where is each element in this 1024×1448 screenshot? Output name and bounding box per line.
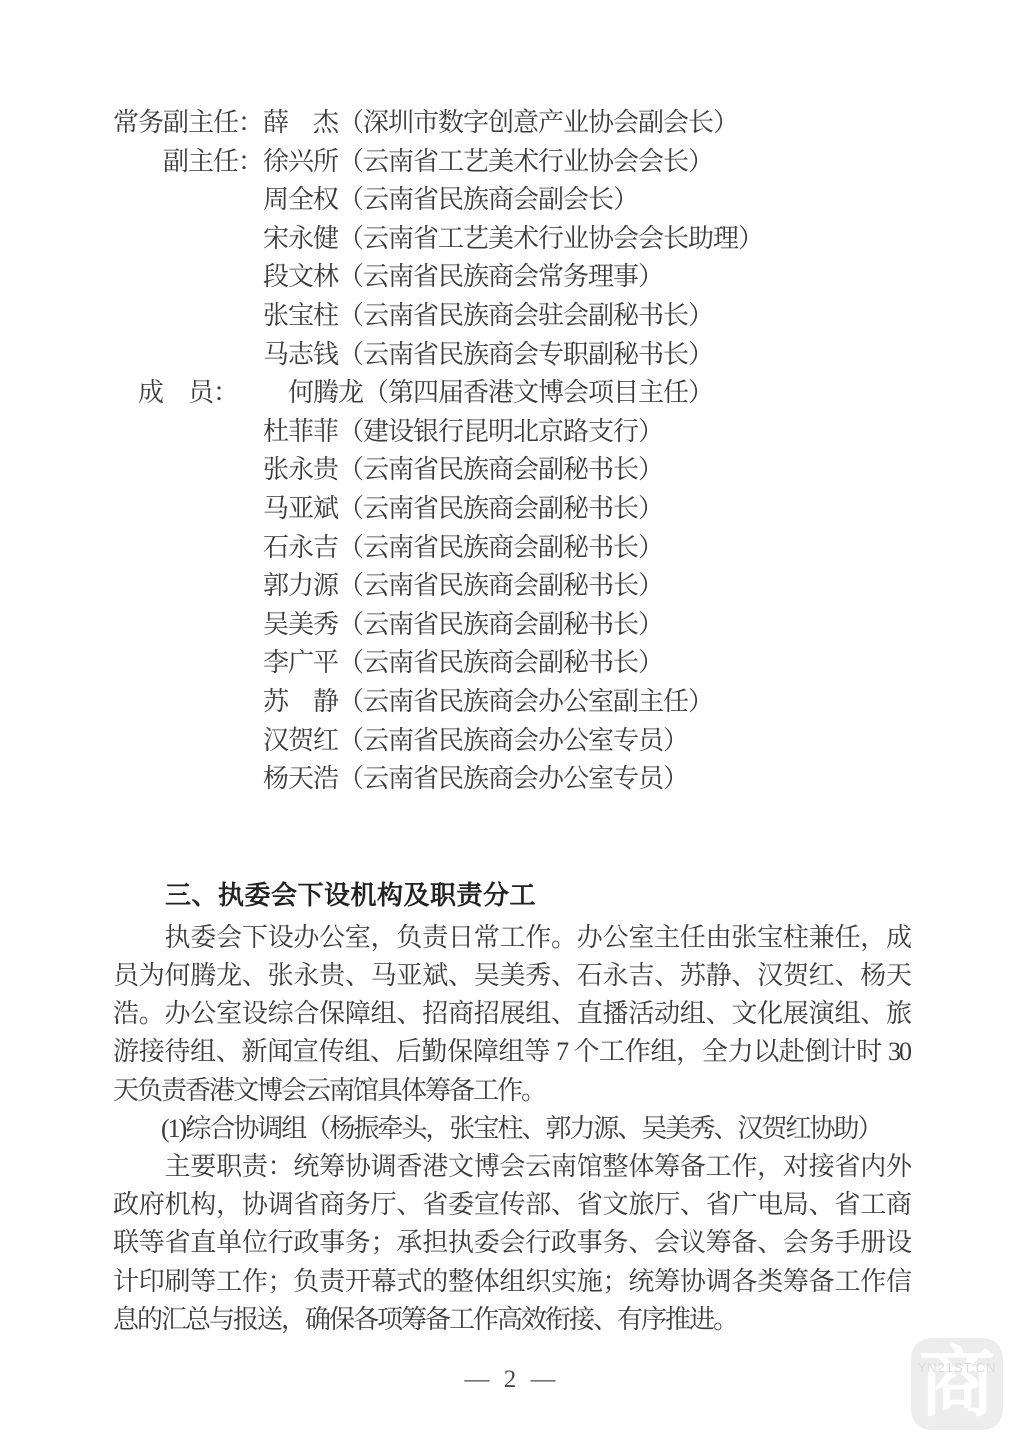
roster-line: 周全权（云南省民族商会副会长）: [113, 181, 910, 220]
roster-person-org: （云南省民族商会副秘书长）: [338, 571, 663, 600]
roster-person-name: 马志钱: [263, 340, 338, 369]
roster-person-org: （云南省民族商会副秘书长）: [338, 455, 663, 484]
roster-line: 常务副主任：薛 杰（深圳市数字创意产业协会副会长）: [113, 104, 910, 143]
roster-person-name: 石永吉: [263, 533, 338, 562]
roster-person-name: 何腾龙: [263, 378, 363, 407]
roster-person-name: 张宝柱: [263, 301, 338, 330]
section-body: 执委会下设办公室，负责日常工作。办公室主任由张宝柱兼任，成 员为何腾龙、张永贵、…: [113, 919, 910, 1339]
roster-line: 张宝柱（云南省民族商会驻会副秘书长）: [113, 297, 910, 336]
body-text-line: 计印刷等工作；负责开幕式的整体组织实施；统筹协调各类筹备工作信: [113, 1263, 910, 1301]
roster-person-name: 周全权: [263, 185, 338, 214]
roster-line: 张永贵（云南省民族商会副秘书长）: [113, 451, 910, 490]
roster-person-name: 宋永健: [263, 224, 338, 253]
body-text-line: 游接待组、新闻宣传组、后勤保障组等 7 个工作组，全力以赴倒计时 30: [113, 1033, 910, 1071]
watermark-overlay-text: YN21ST.CN: [911, 1360, 1003, 1375]
roster-role-label: 成 员：: [113, 374, 263, 413]
committee-roster: 常务副主任：薛 杰（深圳市数字创意产业协会副会长） 副主任：徐兴所（云南省工艺美…: [113, 104, 910, 799]
roster-person-org: （云南省民族商会专职副秘书长）: [338, 340, 713, 369]
body-text-line: 政府机构，协调省商务厅、省委宣传部、省文旅厅、省广电局、省工商: [113, 1186, 910, 1224]
roster-person-name: 张永贵: [263, 455, 338, 484]
roster-person-name: 吴美秀: [263, 610, 338, 639]
watermark-shang-glyph: 商: [919, 1338, 995, 1430]
roster-person-org: （云南省民族商会副秘书长）: [338, 494, 663, 523]
roster-person-org: （云南省工艺美术行业协会会长）: [338, 147, 713, 176]
body-text-line: 天负责香港文博会云南馆具体筹备工作。: [113, 1072, 910, 1110]
document-page: 常务副主任：薛 杰（深圳市数字创意产业协会副会长） 副主任：徐兴所（云南省工艺美…: [0, 0, 1024, 1448]
roster-person-org: （云南省工艺美术行业协会会长助理）: [338, 224, 763, 253]
roster-person-name: 马亚斌: [263, 494, 338, 523]
roster-person-name: 杨天浩: [263, 764, 338, 793]
roster-line: 副主任：徐兴所（云南省工艺美术行业协会会长）: [113, 143, 910, 182]
roster-person-name: 苏 静: [263, 687, 338, 716]
body-text-line: 主要职责：统筹协调香港文博会云南馆整体筹备工作，对接省内外: [113, 1148, 910, 1186]
roster-person-org: （云南省民族商会副秘书长）: [338, 648, 663, 677]
roster-person-name: 汉贺红: [263, 726, 338, 755]
roster-line: 石永吉（云南省民族商会副秘书长）: [113, 529, 910, 568]
page-number: — 2 —: [0, 1366, 1024, 1394]
roster-person-org: （云南省民族商会副秘书长）: [338, 533, 663, 562]
body-text-line: 浩。办公室设综合保障组、招商招展组、直播活动组、文化展演组、旅: [113, 995, 910, 1033]
roster-line: 马亚斌（云南省民族商会副秘书长）: [113, 490, 910, 529]
body-text-line: 息的汇总与报送，确保各项筹备工作高效衔接、有序推进。: [113, 1301, 910, 1339]
body-text-line: 员为何腾龙、张永贵、马亚斌、吴美秀、石永吉、苏静、汉贺红、杨天: [113, 957, 910, 995]
roster-person-org: （建设银行昆明北京路支行）: [338, 417, 663, 446]
roster-person-name: 李广平: [263, 648, 338, 677]
roster-line: 成 员： 何腾龙（第四届香港文博会项目主任）: [113, 374, 910, 413]
body-text-line: 联等省直单位行政事务；承担执委会行政事务、会议筹备、会务手册设: [113, 1224, 910, 1262]
roster-person-org: （云南省民族商会副会长）: [338, 185, 638, 214]
roster-person-org: （云南省民族商会副秘书长）: [338, 610, 663, 639]
roster-line: 宋永健（云南省工艺美术行业协会会长助理）: [113, 220, 910, 259]
roster-person-org: （云南省民族商会办公室副主任）: [338, 687, 713, 716]
roster-line: 吴美秀（云南省民族商会副秘书长）: [113, 606, 910, 645]
body-text-line: (1)综合协调组（杨振牵头，张宝柱、郭力源、吴美秀、汉贺红协助）: [113, 1110, 910, 1148]
roster-role-label: 常务副主任：: [113, 104, 263, 143]
roster-line: 段文林（云南省民族商会常务理事）: [113, 258, 910, 297]
body-text-line: 执委会下设办公室，负责日常工作。办公室主任由张宝柱兼任，成: [113, 919, 910, 957]
roster-line: 杜菲菲（建设银行昆明北京路支行）: [113, 413, 910, 452]
roster-person-name: 郭力源: [263, 571, 338, 600]
roster-person-name: 杜菲菲: [263, 417, 338, 446]
roster-line: 苏 静（云南省民族商会办公室副主任）: [113, 683, 910, 722]
roster-person-org: （云南省民族商会办公室专员）: [338, 726, 688, 755]
roster-person-name: 薛 杰: [263, 108, 338, 137]
watermark-badge: 商 YN21ST.CN: [911, 1338, 1003, 1430]
roster-person-org: （云南省民族商会常务理事）: [338, 262, 663, 291]
roster-role-label: 副主任：: [113, 143, 263, 182]
roster-line: 杨天浩（云南省民族商会办公室专员）: [113, 760, 910, 799]
roster-person-org: （深圳市数字创意产业协会副会长）: [338, 108, 738, 137]
roster-person-org: （第四届香港文博会项目主任）: [363, 378, 713, 407]
roster-line: 马志钱（云南省民族商会专职副秘书长）: [113, 336, 910, 375]
roster-person-org: （云南省民族商会驻会副秘书长）: [338, 301, 713, 330]
roster-person-org: （云南省民族商会办公室专员）: [338, 764, 688, 793]
roster-person-name: 徐兴所: [263, 147, 338, 176]
document-content: 常务副主任：薛 杰（深圳市数字创意产业协会副会长） 副主任：徐兴所（云南省工艺美…: [113, 104, 910, 1339]
roster-person-name: 段文林: [263, 262, 338, 291]
roster-line: 汉贺红（云南省民族商会办公室专员）: [113, 722, 910, 761]
roster-line: 李广平（云南省民族商会副秘书长）: [113, 644, 910, 683]
roster-line: 郭力源（云南省民族商会副秘书长）: [113, 567, 910, 606]
section-heading: 三、执委会下设机构及职责分工: [113, 875, 910, 915]
